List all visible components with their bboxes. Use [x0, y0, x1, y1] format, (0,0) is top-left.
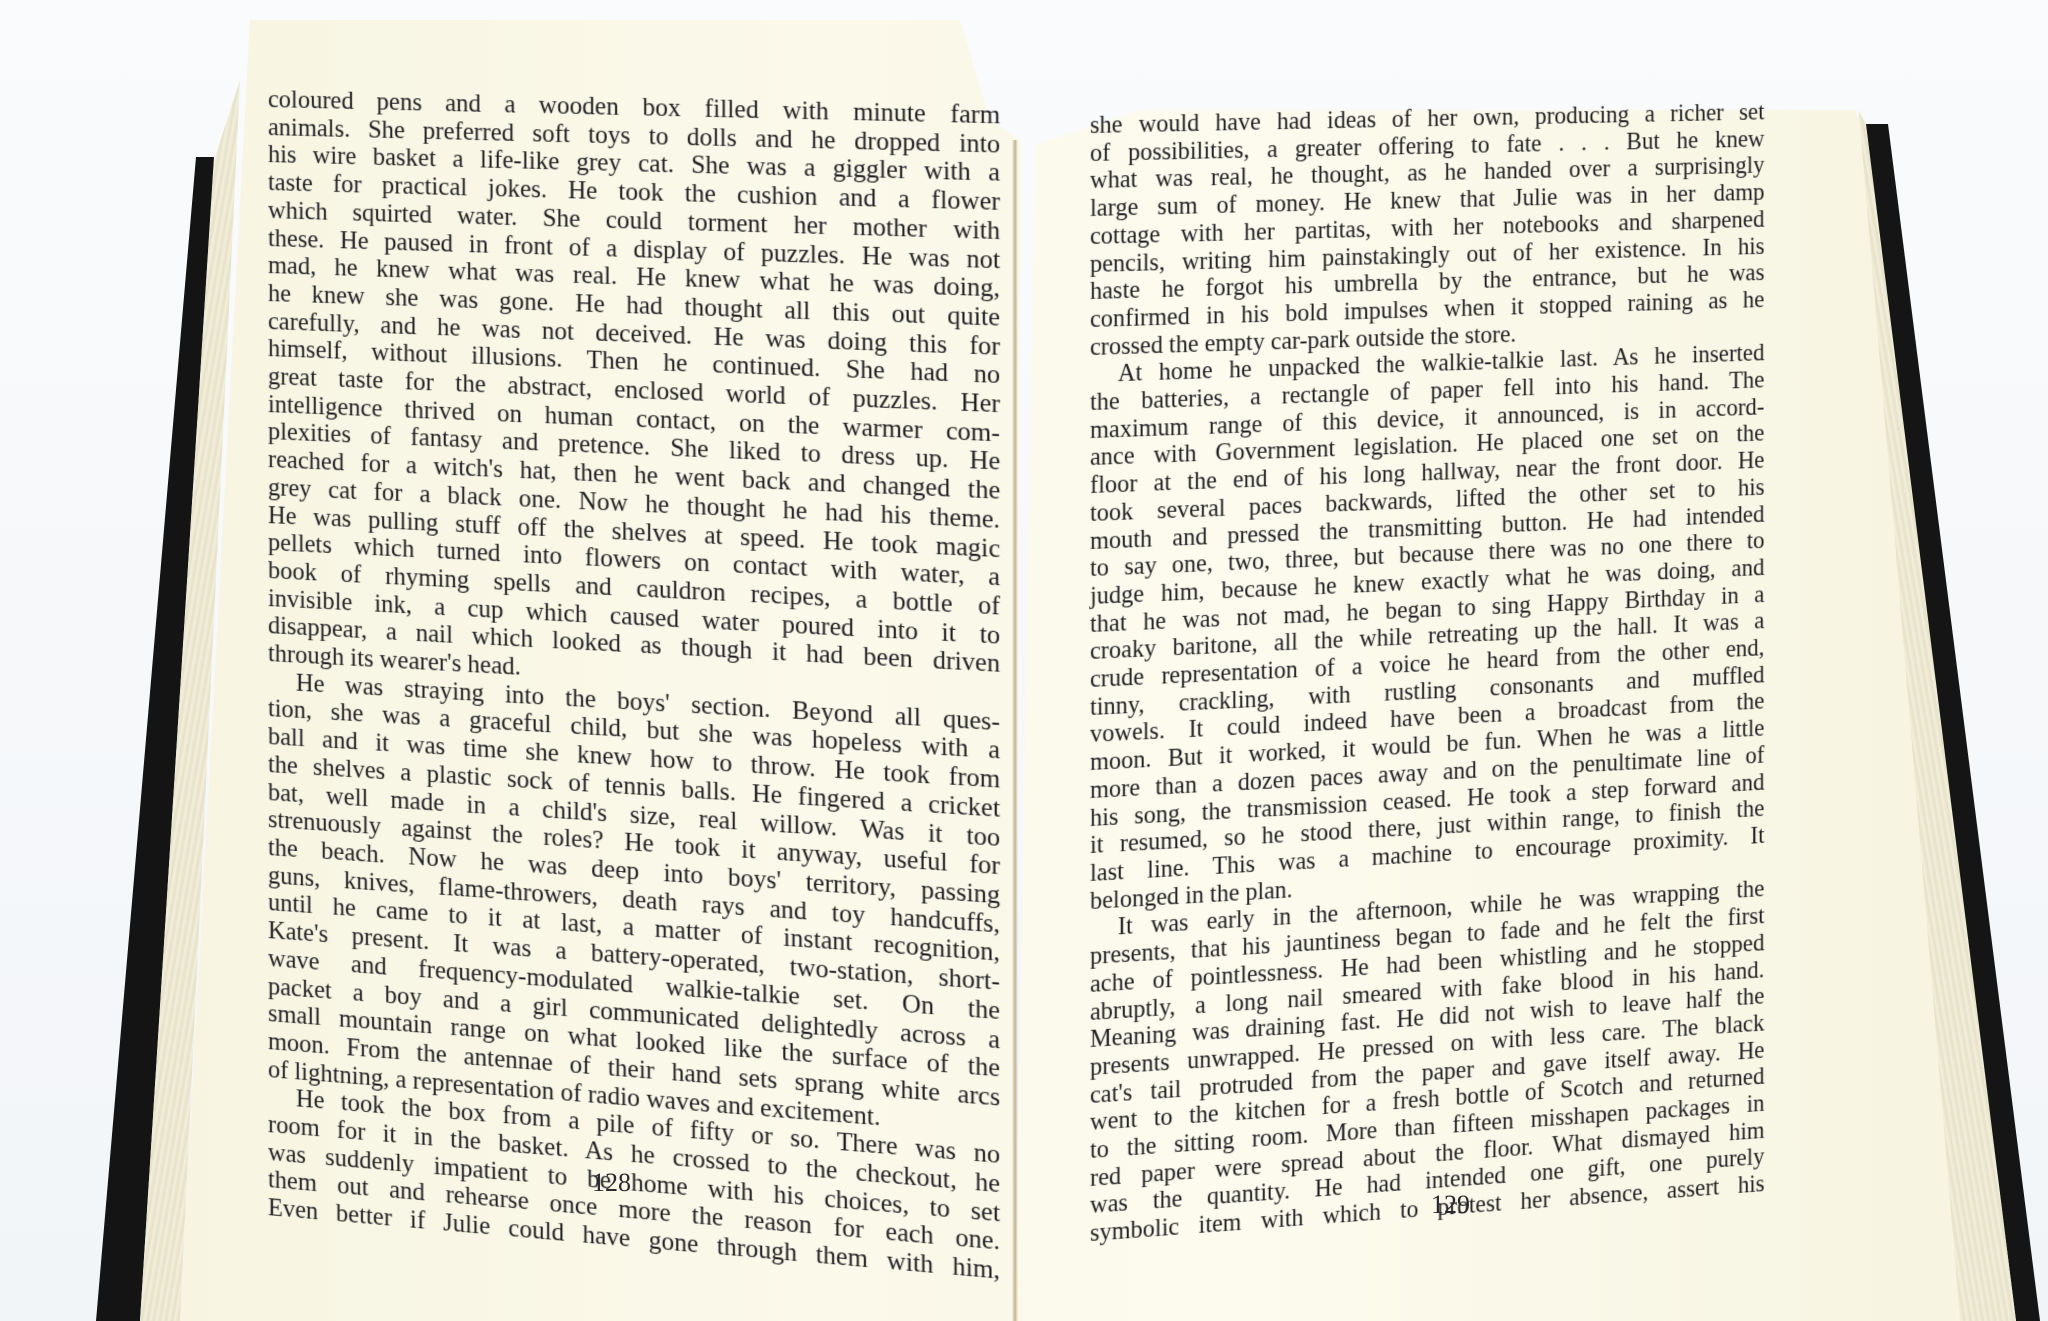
left-page-text: coloured pens and a wooden box filled wi… [268, 86, 1000, 1286]
page-number-left: 128 [592, 1168, 631, 1198]
page-number-right: 129 [1431, 1190, 1470, 1220]
photo-scene: coloured pens and a wooden box filled wi… [0, 0, 2048, 1321]
right-page-text: she would have had ideas of her own, pro… [1090, 99, 1764, 1248]
book-gutter [1012, 140, 1018, 1321]
